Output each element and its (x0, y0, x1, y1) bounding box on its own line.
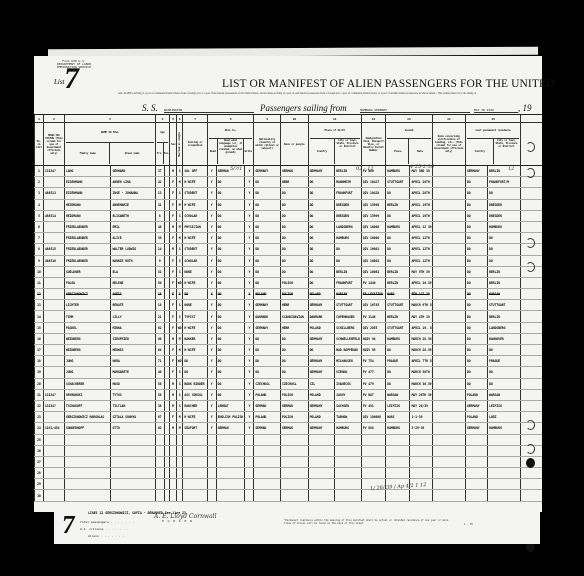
can-write: Y (245, 289, 254, 300)
issued-place (386, 434, 410, 445)
occupation (183, 468, 207, 479)
sex: F (170, 266, 177, 277)
birth-city: WARSAW (335, 289, 362, 300)
residence-city: DO (488, 378, 521, 389)
family-name: LANG (64, 166, 111, 177)
visa-number: NQIV 94 (361, 333, 385, 344)
residence-country: DO (465, 277, 487, 288)
table-row: 2EISENMANNANNEN LINA42FMH'WIFEYDOYDOHEBR… (35, 177, 543, 188)
header-issued: Issued PlaceDate (386, 123, 433, 166)
head-tax-status (43, 311, 64, 322)
can-write: Y (245, 277, 254, 288)
sailing-label: Passengers sailing from (260, 103, 347, 113)
age-years: 38 (155, 400, 164, 411)
can-write: Y (245, 400, 254, 411)
family-name: PASKEL (64, 322, 111, 333)
birth-country: DO (308, 266, 335, 277)
year-prefix: , 19 (518, 103, 532, 113)
header-given-name: Given name (109, 143, 153, 164)
issued-place: STUTTGART (386, 177, 410, 188)
can-write: Y (245, 367, 254, 378)
issued-place: LEIPZIG (386, 400, 410, 411)
can-write: Y (245, 166, 254, 177)
age-years: 68 (155, 333, 164, 344)
read-language: DO (216, 311, 245, 322)
residence-city (488, 490, 521, 501)
birth-city: STUTTGART (335, 300, 362, 311)
table-row: 27 (35, 456, 543, 467)
can-write: Y (245, 356, 254, 367)
issued-date (410, 490, 432, 501)
header-head-tax: HEAD-TAX STATUS (This column for use of … (43, 123, 64, 166)
table-row: 13LICHTERRENATE18FSNONEYDOYGERMANYHEBRGE… (35, 300, 543, 311)
age-years (155, 445, 164, 456)
birth-country: DO (308, 188, 335, 199)
family-name (64, 468, 111, 479)
head-tax-status (43, 468, 64, 479)
binding-hole (526, 168, 535, 178)
occupation: ASS CONSUL (183, 389, 207, 400)
residence-city: FRANKFURT/M (488, 177, 521, 188)
empty-cell (521, 378, 542, 389)
race: DO (280, 199, 308, 210)
given-name: WALTER LUDWIG (111, 244, 155, 255)
occupation: SCHOLAR (183, 255, 207, 266)
occupation: TYPIST (183, 311, 207, 322)
empty-cell (521, 389, 542, 400)
sex (170, 468, 177, 479)
can-write: Y (245, 255, 254, 266)
can-write: Y (245, 345, 254, 356)
nationality (254, 456, 281, 467)
birth-city (335, 468, 362, 479)
sex: F (170, 311, 177, 322)
birth-country: GERMANY (308, 423, 335, 434)
residence-country: GERMANY (465, 423, 487, 434)
sex (170, 456, 177, 467)
birth-city: FRANKFURT (335, 188, 362, 199)
visa-number: PV NAT (361, 389, 385, 400)
issued-place: WARS (386, 289, 410, 300)
can-read: Y (207, 378, 216, 389)
read-language (216, 479, 245, 490)
read-language: DO (216, 221, 245, 232)
header-visa: Immigration Visa, Passport Visa, or Reen… (361, 123, 385, 166)
given-name (111, 445, 155, 456)
birth-city: MANNHEIM (335, 177, 362, 188)
race: DO (280, 188, 308, 199)
head-tax-status (43, 356, 64, 367)
race: HEBR (280, 177, 308, 188)
race: POLISH (280, 389, 308, 400)
read-language: DO (216, 289, 245, 300)
line-number: 10 (35, 266, 44, 277)
birth-country: DO (308, 255, 335, 266)
age-years: 62 (155, 423, 164, 434)
read-language: DO (216, 199, 245, 210)
birth-city: BERLIN (335, 266, 362, 277)
birth-country: DO (308, 221, 335, 232)
binding-hole (526, 420, 535, 430)
empty-cell (521, 356, 542, 367)
age-years: 9 (155, 255, 164, 266)
residence-city: BERLIN (488, 311, 521, 322)
residence-city: STUTTGART (488, 300, 521, 311)
can-write: Y (245, 412, 254, 423)
nationality: DO (254, 177, 281, 188)
occupation: H'WIFE (183, 322, 207, 333)
line-number: 21 (35, 389, 44, 400)
residence-country: GERMANY (465, 400, 487, 411)
head-tax-status: 488514 (43, 210, 64, 221)
residence-country: DO (465, 199, 487, 210)
birth-country: DANMARK (308, 311, 335, 322)
can-write: Y (245, 188, 254, 199)
read-language (216, 468, 245, 479)
family-name: JUNG (64, 356, 111, 367)
empty-cell (432, 277, 465, 288)
empty-cell (432, 221, 465, 232)
visa-number: QIV 15998 (361, 199, 385, 210)
birth-country (308, 445, 335, 456)
line-number: 3 (35, 188, 44, 199)
age-years: 37 (155, 166, 164, 177)
residence-country: DO (465, 367, 487, 378)
can-read: Y (207, 221, 216, 232)
marital-status: M (176, 233, 183, 244)
issued-date: APRIL 20TH 39 (410, 188, 432, 199)
occupation (183, 479, 207, 490)
can-read: Y (207, 367, 216, 378)
birth-city: DO (335, 244, 362, 255)
line-number: 11 (35, 277, 44, 288)
residence-city: HANNOVER (488, 333, 521, 344)
sex: F (170, 322, 177, 333)
empty-cell (521, 221, 542, 232)
given-name: ELISABETH (111, 210, 155, 221)
can-read: Y (207, 389, 216, 400)
residence-city: HAMBURG (488, 221, 521, 232)
table-row: 30 (35, 490, 543, 501)
occupation (183, 456, 207, 467)
birth-country: GERMANY (308, 356, 335, 367)
issued-place: DO (386, 188, 410, 199)
age-years: 40 (155, 367, 164, 378)
read-language: GERMAN (216, 423, 245, 434)
can-read: Y (207, 244, 216, 255)
family-name (64, 456, 111, 467)
table-row: 26 (35, 445, 543, 456)
visa-number: QIV 16002 (361, 255, 385, 266)
empty-cell (521, 199, 542, 210)
race: DO (280, 255, 308, 266)
binding-hole (526, 142, 535, 152)
marital-status (176, 479, 183, 490)
can-write: Y (245, 311, 254, 322)
passenger-rows: 113134?LANGGERHARD37MSSOL OFFYGERMANYGER… (35, 166, 543, 502)
empty-cell (432, 266, 465, 277)
given-name (111, 490, 155, 501)
residence-country: DO (465, 333, 487, 344)
issued-date: APRIL 12TH 39 (410, 233, 432, 244)
handwritten-note: 02 - 12 (356, 166, 374, 172)
nationality: DO (254, 333, 281, 344)
race: HEBR (280, 300, 308, 311)
residence-city: HAMBURG (488, 423, 521, 434)
issued-place: HAMBURG (386, 221, 410, 232)
family-name: WEINBERG (64, 345, 111, 356)
birth-country: DO (308, 210, 335, 221)
issued-date: 5-29-39 (410, 423, 432, 434)
occupation: H'WIFE (183, 177, 207, 188)
table-row: 14TIMMLILLY21FSTYPISTYDOYDANMARKSCANDINA… (35, 311, 543, 322)
residence-city: DO (488, 188, 521, 199)
birth-country: GERMANY (308, 300, 335, 311)
family-name: GERSZONOWICZ MARGOLAS (64, 412, 111, 423)
nationality (254, 445, 281, 456)
birth-city: COPENHAGEN (335, 311, 362, 322)
marital-status (176, 468, 183, 479)
line-number: 5 (35, 210, 44, 221)
read-language: DO (216, 177, 245, 188)
issued-date: APRIL 12TH 39 (410, 244, 432, 255)
sex: F (170, 289, 177, 300)
marital-status: M (176, 333, 183, 344)
form-code: 1 - 30 (464, 523, 473, 526)
head-tax-status: 488513 (43, 188, 64, 199)
header-age: Age Yrs.Mos. (155, 123, 169, 166)
race: GERMAN (280, 166, 308, 177)
empty-cell (432, 255, 465, 266)
visa-number: QIV 186688 (361, 412, 385, 423)
sex: F (170, 412, 177, 423)
family-name (64, 490, 111, 501)
can-write (245, 479, 254, 490)
occupation: STUDENT (183, 188, 207, 199)
race: DO (280, 233, 308, 244)
empty-cell (432, 188, 465, 199)
table-row: 113134?LANGGERHARD37MSSOL OFFYGERMANYGER… (35, 166, 543, 177)
given-name: GERHARD (111, 166, 155, 177)
table-row: 6FRIEDLAENDEREMIL48MMPHYSICIANYDOYDODODO… (35, 221, 543, 232)
can-write: Y (245, 423, 254, 434)
residence-country (465, 468, 487, 479)
nationality: GERMANY (254, 322, 281, 333)
sex: F (170, 255, 177, 266)
can-read: Y (207, 400, 216, 411)
marital-status (176, 456, 183, 467)
marital-status: S (176, 289, 183, 300)
given-name: ALICE (111, 233, 155, 244)
empty-cell (432, 456, 465, 467)
can-read: Y (207, 177, 216, 188)
residence-country: DO (465, 356, 487, 367)
birth-city (335, 479, 362, 490)
purser-label: P U R S E R (162, 519, 193, 523)
empty-cell (521, 300, 542, 311)
race: DO (280, 266, 308, 277)
birth-city: DRESDEN (335, 199, 362, 210)
age-years (155, 490, 164, 501)
ss-label: S. S. (142, 103, 158, 113)
birth-country: GERMANY (308, 166, 335, 177)
sex: F (170, 345, 177, 356)
issued-date: MARCH 30.39 (410, 378, 432, 389)
can-read (207, 456, 216, 467)
header-name-in-full: NAME IN FULL Family name Given name (64, 123, 155, 166)
nationality: DO (254, 255, 281, 266)
occupation: NONE (183, 300, 207, 311)
binding-hole (526, 458, 535, 468)
empty-cell (521, 367, 542, 378)
marital-status: S (176, 266, 183, 277)
marital-status: S (176, 188, 183, 199)
given-name: SZTALA SONNYA (111, 412, 155, 423)
sex (170, 479, 177, 490)
birth-city (335, 434, 362, 445)
occupation: H'WIFE (183, 277, 207, 288)
empty-cell (521, 177, 542, 188)
header-able-to: Able to— Read Read what language (or, if… (207, 123, 254, 166)
residence-city (488, 434, 521, 445)
nationality: POLAND (254, 389, 281, 400)
visa-number: QIV 16000 (361, 221, 385, 232)
can-read: Y (207, 233, 216, 244)
residence-country (465, 490, 487, 501)
empty-cell (432, 468, 465, 479)
race: DO (280, 356, 308, 367)
birth-country: POLAND (308, 289, 335, 300)
nationality (254, 434, 281, 445)
can-write: Y (245, 300, 254, 311)
manifest-page: Form 630 U.S. DEPARTMENT OF LABOR IMMIGR… (34, 56, 542, 512)
residence-city: WARSAW (488, 389, 521, 400)
visa-number: QIV 16062 (361, 266, 385, 277)
issued-date: MAY 9TH 39 (410, 266, 432, 277)
occupation: SCHOLAR (183, 210, 207, 221)
line-number: 13 (35, 300, 44, 311)
birth-country: DO (308, 233, 335, 244)
occupation: BOOK BINDER (183, 378, 207, 389)
marital-status: M (176, 221, 183, 232)
marital-status: WD (176, 322, 183, 333)
marital-status: WD (176, 277, 183, 288)
sheet-number: 7 (60, 510, 76, 540)
issued-place (386, 445, 410, 456)
read-language: DO (216, 277, 245, 288)
issued-place: WARSAW (386, 389, 410, 400)
head-tax-status (43, 199, 64, 210)
header-line-no: No. on List (35, 123, 44, 166)
empty-cell (521, 289, 542, 300)
header-calling: Calling or occupation (183, 123, 207, 166)
can-read: Y (207, 166, 216, 177)
table-row: 2113134?GRYBOWSKITYTUS58MSASS CONSULYDOY… (35, 389, 543, 400)
family-name (64, 445, 111, 456)
can-read: Y (207, 311, 216, 322)
issued-date: FEB 1ST 39 (410, 289, 432, 300)
empty-cell (432, 367, 465, 378)
empty-cell (521, 479, 542, 490)
marital-status: S (176, 244, 183, 255)
head-tax-status (43, 221, 64, 232)
occupation: BANKER (183, 333, 207, 344)
marital-status (176, 490, 183, 501)
empty-cell (521, 333, 542, 344)
occupation: PHYSICIAN (183, 221, 207, 232)
residence-country: POLAND (465, 389, 487, 400)
occupation: RANCHER (183, 400, 207, 411)
birth-country: DO (308, 244, 335, 255)
occupation: DO (183, 367, 207, 378)
residence-country: POLAND (465, 412, 487, 423)
sex: F (170, 188, 177, 199)
read-language (216, 490, 245, 501)
birth-country: POLAND (308, 322, 335, 333)
family-name: EISENMANN (64, 177, 111, 188)
nationality: DO (254, 233, 281, 244)
table-row: 23GERSZONOWICZ MARGOLASSZTALA SONNYA67FM… (35, 412, 543, 423)
issued-place (386, 468, 410, 479)
visa-number: QIV 16000 (361, 233, 385, 244)
race: DO (280, 221, 308, 232)
visa-number: QIV 2055 (361, 322, 385, 333)
birth-city: DO (335, 255, 362, 266)
age-years: 14 (155, 244, 164, 255)
given-name: SIEGFRIED (111, 333, 155, 344)
family-name: HEIDMANN (64, 210, 111, 221)
race: DO (280, 244, 308, 255)
birth-country: POLAND (308, 412, 335, 423)
family-name (64, 479, 111, 490)
can-read: Y (207, 423, 216, 434)
issued-place: BERLIN (386, 199, 410, 210)
marital-status: S (176, 400, 183, 411)
residence-country: DO (465, 188, 487, 199)
family-name: JUNG (64, 367, 111, 378)
can-write: Y (245, 333, 254, 344)
empty-cell (432, 434, 465, 445)
age-years: 13 (155, 188, 164, 199)
family-name: EISENMANN (64, 188, 111, 199)
column-number-row: 1 2 3 4 5 6 7 8 9 10 11 12 13 14 15 (35, 115, 543, 123)
given-name: MARGARETE (111, 367, 155, 378)
issued-place (386, 456, 410, 467)
issued-place: PRAGUE (386, 356, 410, 367)
birth-city: HAMBURG (335, 233, 362, 244)
family-name: FRIEDLAENDER (64, 244, 111, 255)
head-tax-status (43, 266, 64, 277)
residence-city: BERLIN (488, 166, 521, 177)
nationality: DO (254, 367, 281, 378)
sex: M (170, 333, 177, 344)
residence-city: DO (488, 244, 521, 255)
can-read: Y (207, 412, 216, 423)
given-name (111, 456, 155, 467)
family-name: SCHACHERER (64, 378, 111, 389)
visa-number: QIV 16001 (361, 244, 385, 255)
visa-number (361, 456, 385, 467)
family-name: WEINBERG (64, 333, 111, 344)
sex (170, 434, 177, 445)
read-language: DO (216, 233, 245, 244)
empty-cell (432, 233, 465, 244)
empty-cell (432, 400, 465, 411)
can-write (245, 445, 254, 456)
family-name: TSCHAKOFF (64, 400, 111, 411)
residence-city: WARSAW (488, 289, 521, 300)
residence-city: LANDSBERG (488, 322, 521, 333)
